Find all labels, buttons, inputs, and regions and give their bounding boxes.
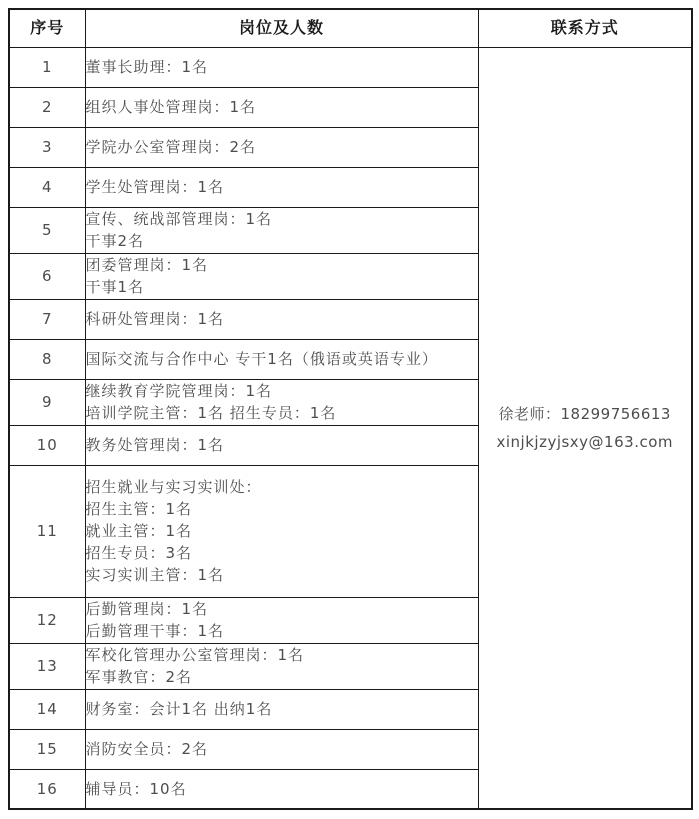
position-line: 国际交流与合作中心 专干1名（俄语或英语专业） xyxy=(86,348,478,370)
row-index-cell: 2 xyxy=(9,87,85,127)
position-cell: 董事长助理：1名 xyxy=(85,47,478,87)
position-line: 就业主管：1名 xyxy=(86,520,478,542)
position-line: 军校化管理办公室管理岗：1名 xyxy=(86,644,478,666)
position-line: 财务室：会计1名 出纳1名 xyxy=(86,698,478,720)
position-line: 干事1名 xyxy=(86,276,478,298)
position-line: 招生专员：3名 xyxy=(86,542,478,564)
position-line: 学生处管理岗：1名 xyxy=(86,176,478,198)
header-row: 序号 岗位及人数 联系方式 xyxy=(9,9,692,47)
row-index-cell: 16 xyxy=(9,769,85,809)
col-header-contact: 联系方式 xyxy=(478,9,692,47)
row-index-cell: 9 xyxy=(9,379,85,425)
position-line: 组织人事处管理岗：1名 xyxy=(86,96,478,118)
position-cell: 科研处管理岗：1名 xyxy=(85,299,478,339)
position-line: 学院办公室管理岗：2名 xyxy=(86,136,478,158)
position-cell: 后勤管理岗：1名后勤管理干事：1名 xyxy=(85,597,478,643)
row-index-cell: 14 xyxy=(9,689,85,729)
position-cell: 组织人事处管理岗：1名 xyxy=(85,87,478,127)
position-line: 实习实训主管：1名 xyxy=(86,564,478,586)
position-cell: 团委管理岗：1名干事1名 xyxy=(85,253,478,299)
row-index-cell: 11 xyxy=(9,465,85,597)
row-index-cell: 4 xyxy=(9,167,85,207)
row-index-cell: 15 xyxy=(9,729,85,769)
col-header-index: 序号 xyxy=(9,9,85,47)
position-line: 继续教育学院管理岗：1名 xyxy=(86,380,478,402)
row-index-cell: 7 xyxy=(9,299,85,339)
contact-cell: 徐老师：18299756613xinjkjzyjsxy@163.com xyxy=(478,47,692,809)
position-cell: 辅导员：10名 xyxy=(85,769,478,809)
position-cell: 招生就业与实习实训处：招生主管：1名就业主管：1名招生专员：3名实习实训主管：1… xyxy=(85,465,478,597)
position-cell: 学生处管理岗：1名 xyxy=(85,167,478,207)
position-cell: 学院办公室管理岗：2名 xyxy=(85,127,478,167)
row-index-cell: 8 xyxy=(9,339,85,379)
col-header-position: 岗位及人数 xyxy=(85,9,478,47)
position-cell: 军校化管理办公室管理岗：1名军事教官：2名 xyxy=(85,643,478,689)
position-line: 后勤管理岗：1名 xyxy=(86,598,478,620)
row-index-cell: 12 xyxy=(9,597,85,643)
row-index-cell: 5 xyxy=(9,207,85,253)
position-line: 后勤管理干事：1名 xyxy=(86,620,478,642)
position-cell: 财务室：会计1名 出纳1名 xyxy=(85,689,478,729)
table-row: 1董事长助理：1名徐老师：18299756613xinjkjzyjsxy@163… xyxy=(9,47,692,87)
position-line: 招生就业与实习实训处： xyxy=(86,476,478,498)
position-line: 招生主管：1名 xyxy=(86,498,478,520)
position-line: 培训学院主管：1名 招生专员：1名 xyxy=(86,402,478,424)
position-cell: 宣传、统战部管理岗：1名干事2名 xyxy=(85,207,478,253)
contact-phone: 徐老师：18299756613 xyxy=(479,400,692,428)
row-index-cell: 3 xyxy=(9,127,85,167)
position-line: 干事2名 xyxy=(86,230,478,252)
position-cell: 教务处管理岗：1名 xyxy=(85,425,478,465)
row-index-cell: 10 xyxy=(9,425,85,465)
row-index-cell: 13 xyxy=(9,643,85,689)
position-cell: 国际交流与合作中心 专干1名（俄语或英语专业） xyxy=(85,339,478,379)
position-line: 科研处管理岗：1名 xyxy=(86,308,478,330)
document-page: 序号 岗位及人数 联系方式 1董事长助理：1名徐老师：18299756613xi… xyxy=(0,0,699,819)
position-line: 辅导员：10名 xyxy=(86,778,478,800)
contact-email: xinjkjzyjsxy@163.com xyxy=(479,428,692,456)
position-line: 宣传、统战部管理岗：1名 xyxy=(86,208,478,230)
recruitment-table: 序号 岗位及人数 联系方式 1董事长助理：1名徐老师：18299756613xi… xyxy=(8,8,693,810)
position-line: 消防安全员：2名 xyxy=(86,738,478,760)
position-line: 军事教官：2名 xyxy=(86,666,478,688)
position-cell: 继续教育学院管理岗：1名培训学院主管：1名 招生专员：1名 xyxy=(85,379,478,425)
row-index-cell: 1 xyxy=(9,47,85,87)
position-line: 教务处管理岗：1名 xyxy=(86,434,478,456)
position-cell: 消防安全员：2名 xyxy=(85,729,478,769)
row-index-cell: 6 xyxy=(9,253,85,299)
position-line: 团委管理岗：1名 xyxy=(86,254,478,276)
position-line: 董事长助理：1名 xyxy=(86,56,478,78)
